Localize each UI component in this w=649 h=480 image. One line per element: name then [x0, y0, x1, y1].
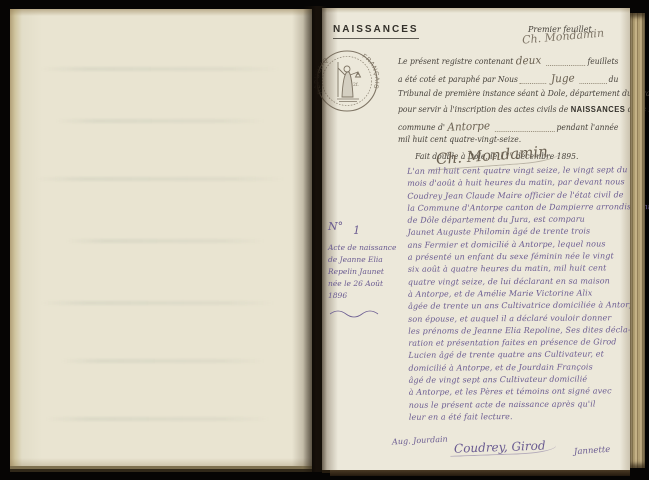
page-title: NAISSANCES	[333, 24, 419, 39]
act-margin-note: N°1 Acte de naissancede Jeanne EliaRepel…	[328, 220, 406, 322]
margin-note-line: Repelin Jaunet	[328, 267, 406, 279]
dotted-leader	[580, 83, 607, 84]
book-bottom-edge	[330, 470, 630, 476]
declarant-signature: Jannette	[574, 445, 611, 458]
fill-sheet-count: deux	[516, 54, 542, 68]
act-signatures: Aug. Jourdain Coudrey, Girod Jannette	[392, 432, 630, 466]
dotted-leader	[520, 83, 547, 84]
ink-showthrough-line	[55, 119, 265, 123]
preamble-line: a été coté et paraphé par Nous Juge du	[398, 72, 618, 85]
preamble-text: commune d'	[398, 123, 445, 132]
margin-note-line: née le 26 Août	[328, 279, 406, 291]
act-number-index: 1	[353, 224, 360, 237]
mayor-signature: Coudrey, Girod	[450, 438, 556, 457]
preamble-line: commune d' Antorpe pendant l'année	[398, 120, 618, 133]
ink-showthrough-line	[45, 417, 270, 421]
preamble-line: Le présent registre contenant deux feuil…	[398, 54, 618, 67]
margin-note-line: 1896	[328, 291, 406, 303]
dotted-leader	[495, 131, 554, 132]
ink-showthrough-line	[35, 177, 285, 181]
ink-showthrough-line	[40, 67, 280, 71]
fill-authority: Juge	[551, 72, 575, 86]
register-recto-page: NAISSANCES Premier feuillet. Ch. Mondami…	[322, 8, 630, 470]
birth-act-text: L'an mil huit cent quatre vingt seize, l…	[407, 165, 633, 425]
preamble-text: du	[609, 75, 619, 84]
preamble-text: a été coté et paraphé par Nous	[398, 75, 518, 84]
preamble-text: pendant l'année	[557, 123, 619, 132]
margin-note-line: Acte de naissance	[328, 243, 406, 255]
ink-showthrough-line	[40, 301, 275, 305]
ink-showthrough-line	[60, 359, 265, 363]
preamble-line: pour servir à l'inscription des actes ci…	[398, 105, 618, 114]
stamp-value: 2f.	[353, 82, 359, 88]
preamble-line: mil huit cent quatre-vingt-seize.	[398, 135, 618, 144]
preamble-text: mil huit cent quatre-vingt-seize.	[398, 135, 521, 144]
flourish-icon	[328, 308, 388, 318]
book-gutter-shadow	[303, 6, 327, 472]
margin-note-lines: Acte de naissancede Jeanne EliaRepelin J…	[328, 243, 406, 303]
left-blank-page	[10, 9, 312, 466]
dotted-leader	[546, 65, 585, 66]
acts-type-label: NAISSANCES	[571, 105, 626, 114]
margin-note-line: de Jeanne Elia	[328, 255, 406, 267]
preamble-text: pour servir à l'inscription des actes ci…	[398, 105, 568, 114]
preamble-text: Tribunal de première instance séant à Do…	[398, 89, 649, 98]
book-fore-edge	[630, 13, 645, 468]
preamble-text: feuillets	[587, 57, 618, 66]
act-number: N°1	[328, 220, 406, 233]
ink-showthrough-line	[65, 239, 265, 243]
preamble-line: Tribunal de première instance séant à Do…	[398, 89, 618, 98]
act-number-sign: N°	[328, 220, 343, 233]
witness-signature: Aug. Jourdain	[392, 435, 448, 447]
fill-commune-name: Antorpe	[448, 119, 491, 134]
justice-figure-icon	[337, 62, 361, 102]
act-text-line: leur en a été fait lecture.	[409, 411, 633, 425]
register-scan: NAISSANCES Premier feuillet. Ch. Mondami…	[0, 0, 649, 480]
preamble-text: Le présent registre contenant	[398, 57, 513, 66]
